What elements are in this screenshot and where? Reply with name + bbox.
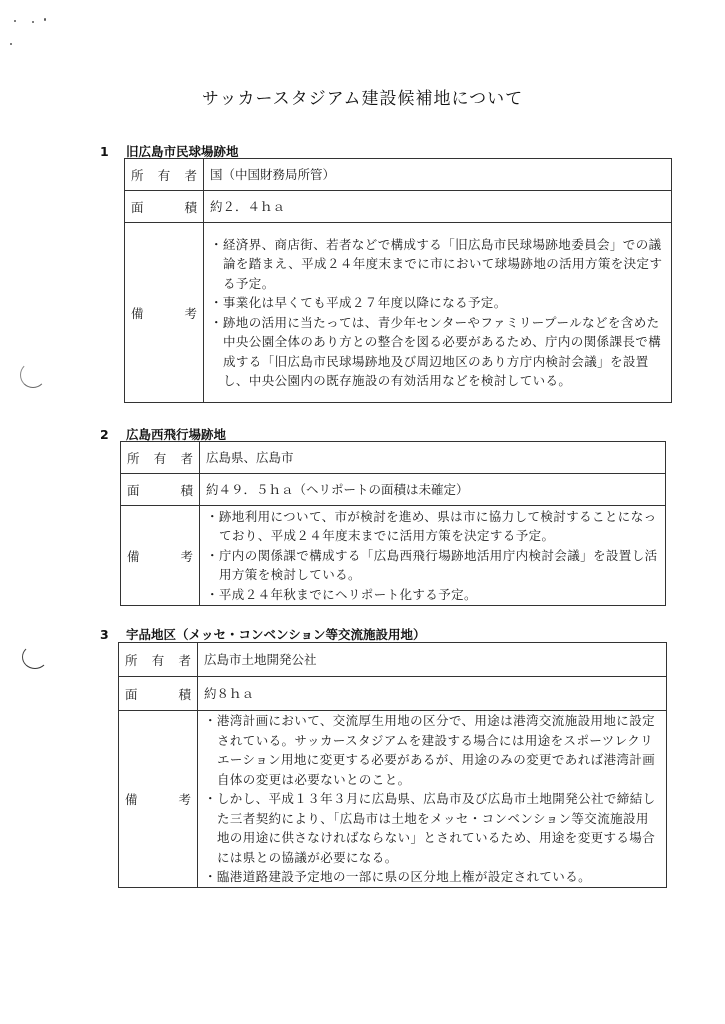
remark-item: ・港湾計画において、交流厚生用地の区分で、用途は港湾交流施設用地に設定されている…: [204, 711, 660, 789]
section-2-table: 所有者 広島県、広島市 面積 約４９．５ｈａ（ヘリポートの面積は未確定） 備考 …: [120, 441, 666, 606]
remark-item: ・臨港道路建設予定地の一部に県の区分地上権が設定されている。: [204, 867, 660, 887]
remark-item: ・経済界、商店街、若者などで構成する「旧広島市民球場跡地委員会」での議論を踏まえ…: [210, 235, 665, 294]
owner-label: 所有者: [125, 159, 204, 191]
remarks-row: 備考 ・港湾計画において、交流厚生用地の区分で、用途は港湾交流施設用地に設定され…: [119, 711, 667, 888]
owner-row: 所有者 国（中国財務局所管）: [125, 159, 672, 191]
area-value: 約４９．５ｈａ（ヘリポートの面積は未確定）: [200, 474, 666, 506]
remarks-label: 備考: [121, 506, 200, 606]
area-value: 約２．４ｈａ: [204, 191, 672, 223]
section-3-heading: 3宇品地区（メッセ・コンベンション等交流施設用地）: [100, 625, 425, 643]
scan-speck: [14, 20, 16, 22]
section-title: 旧広島市民球場跡地: [126, 144, 239, 159]
section-number: 2: [100, 427, 126, 442]
page-title: サッカースタジアム建設候補地について: [0, 84, 725, 109]
remarks-value: ・港湾計画において、交流厚生用地の区分で、用途は港湾交流施設用地に設定されている…: [198, 711, 667, 888]
remark-item: ・跡地の活用に当たっては、青少年センターやファミリープールなどを含めた中央公園全…: [210, 313, 665, 391]
owner-label: 所有者: [121, 442, 200, 474]
remarks-label: 備考: [125, 223, 204, 403]
remarks-label: 備考: [119, 711, 198, 888]
area-value: 約８ｈａ: [198, 677, 667, 711]
section-number: 1: [100, 144, 126, 159]
owner-value: 広島市土地開発公社: [198, 643, 667, 677]
remark-item: ・跡地利用について、市が検討を進め、県は市に協力して検討することになっており、平…: [206, 507, 659, 546]
owner-value: 広島県、広島市: [200, 442, 666, 474]
owner-row: 所有者 広島市土地開発公社: [119, 643, 667, 677]
area-row: 面積 約２．４ｈａ: [125, 191, 672, 223]
area-row: 面積 約４９．５ｈａ（ヘリポートの面積は未確定）: [121, 474, 666, 506]
remarks-row: 備考 ・経済界、商店街、若者などで構成する「旧広島市民球場跡地委員会」での議論を…: [125, 223, 672, 403]
owner-label: 所有者: [119, 643, 198, 677]
section-1-table: 所有者 国（中国財務局所管） 面積 約２．４ｈａ 備考 ・経済界、商店街、若者な…: [124, 158, 672, 403]
area-label: 面積: [119, 677, 198, 711]
area-row: 面積 約８ｈａ: [119, 677, 667, 711]
scan-speck: [32, 21, 34, 23]
owner-row: 所有者 広島県、広島市: [121, 442, 666, 474]
punch-hole-mark: [20, 362, 46, 388]
owner-value: 国（中国財務局所管）: [204, 159, 672, 191]
remarks-value: ・跡地利用について、市が検討を進め、県は市に協力して検討することになっており、平…: [200, 506, 666, 606]
remark-item: ・平成２４年秋までにヘリポート化する予定。: [206, 585, 659, 605]
scan-speck: [44, 18, 46, 21]
section-3-table: 所有者 広島市土地開発公社 面積 約８ｈａ 備考 ・港湾計画において、交流厚生用…: [118, 642, 667, 888]
area-label: 面積: [121, 474, 200, 506]
punch-hole-mark: [22, 645, 48, 669]
remarks-row: 備考 ・跡地利用について、市が検討を進め、県は市に協力して検討することになってお…: [121, 506, 666, 606]
remark-item: ・事業化は早くても平成２７年度以降になる予定。: [210, 293, 665, 313]
remarks-value: ・経済界、商店街、若者などで構成する「旧広島市民球場跡地委員会」での議論を踏まえ…: [204, 223, 672, 403]
section-title: 広島西飛行場跡地: [126, 427, 226, 442]
scan-speck: [10, 43, 12, 45]
remark-item: ・しかし、平成１３年３月に広島県、広島市及び広島市土地開発公社で締結した三者契約…: [204, 789, 660, 867]
remark-item: ・庁内の関係課で構成する「広島西飛行場跡地活用庁内検討会議」を設置し活用方策を検…: [206, 546, 659, 585]
section-number: 3: [100, 627, 126, 642]
section-title: 宇品地区（メッセ・コンベンション等交流施設用地）: [126, 627, 425, 642]
area-label: 面積: [125, 191, 204, 223]
